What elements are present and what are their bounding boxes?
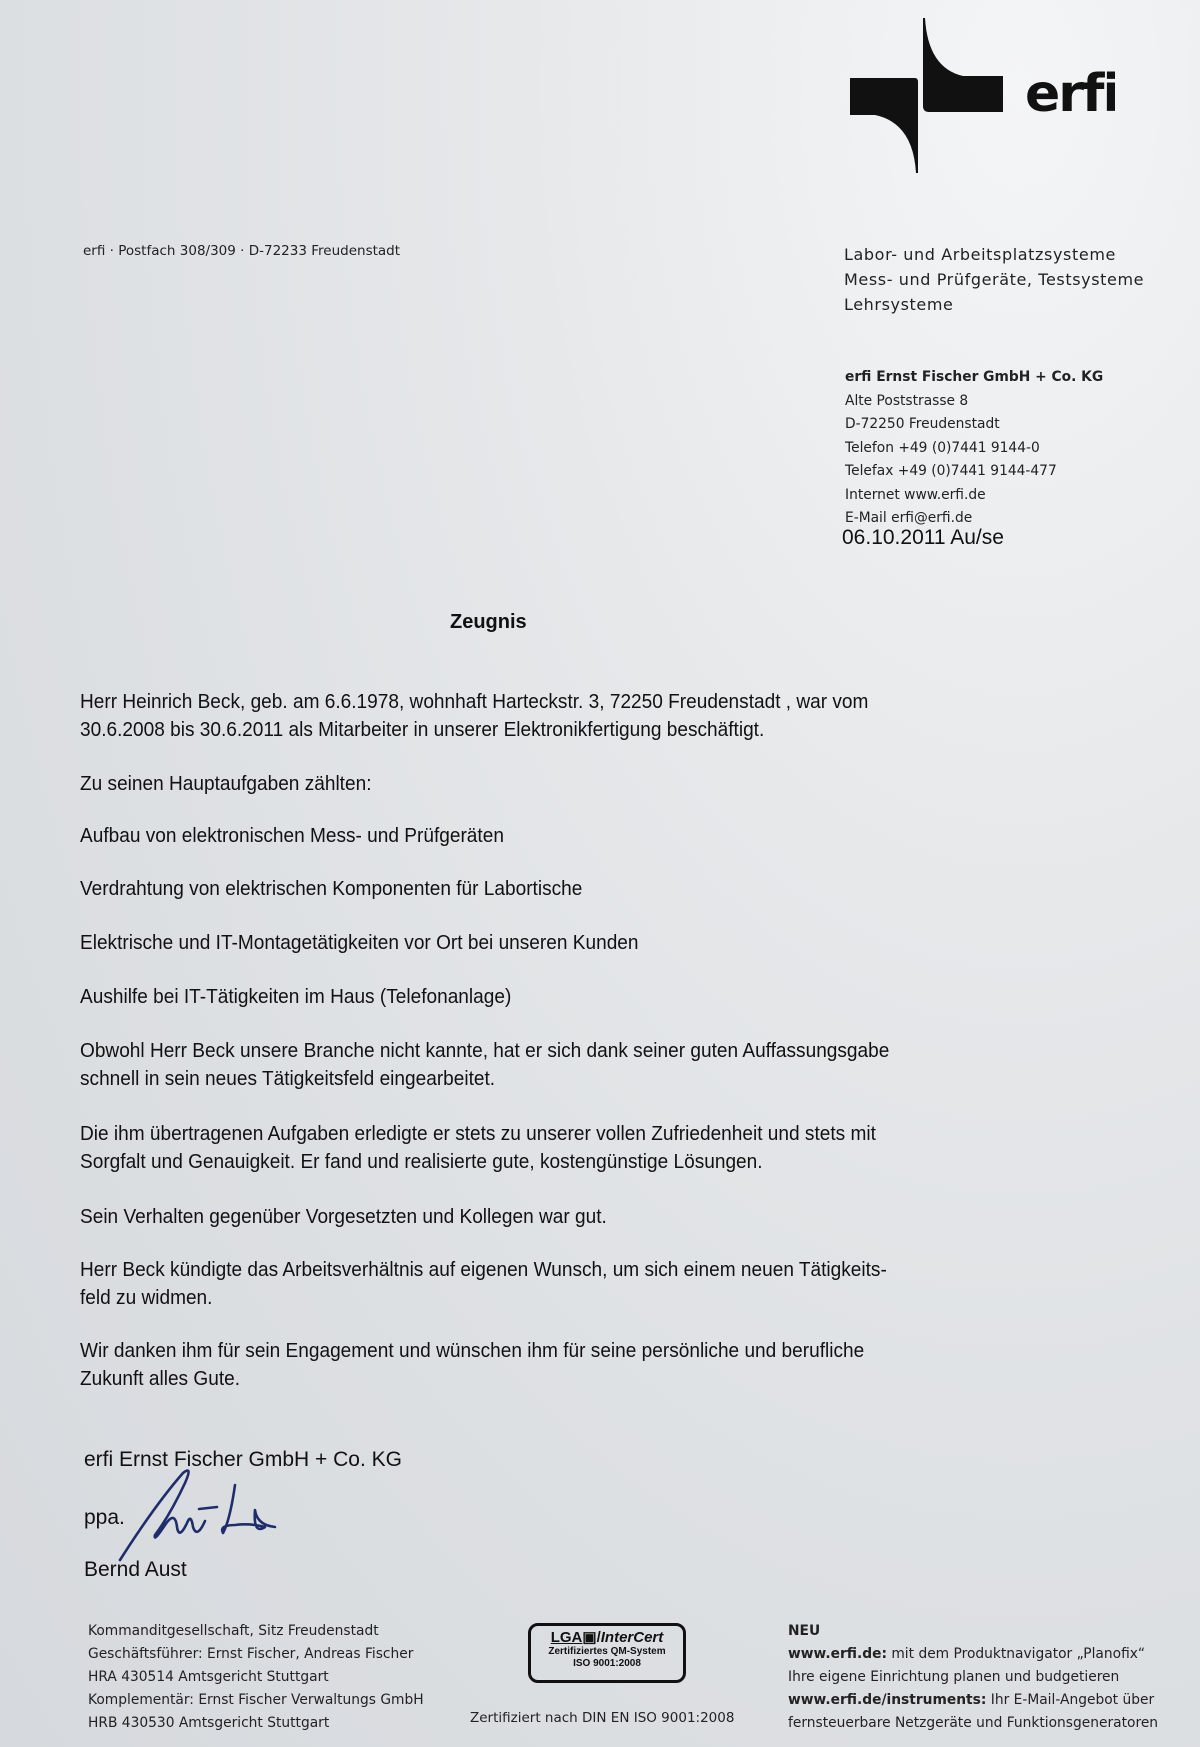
legal-line: Kommanditgesellschaft, Sitz Freudenstadt [88, 1620, 424, 1643]
intercert-label: InterCert [601, 1629, 664, 1646]
news-link-instruments[interactable]: www.erfi.de/instruments: [788, 1692, 986, 1708]
text-line: Obwohl Herr Beck unsere Branche nicht ka… [80, 1037, 1038, 1065]
legal-line: Komplementär: Ernst Fischer Verwaltungs … [88, 1689, 424, 1712]
fax: Telefax +49 (0)7441 9144-477 [845, 460, 1103, 484]
paragraph: Herr Beck kündigte das Arbeitsverhältnis… [80, 1256, 1038, 1312]
text-line: Zukunft alles Gute. [80, 1365, 1038, 1393]
erfi-logo-mark-icon [850, 18, 1003, 173]
intro-paragraph: Herr Heinrich Beck, geb. am 6.6.1978, wo… [80, 688, 1038, 744]
task-item: Verdrahtung von elektrischen Komponenten… [80, 875, 1038, 903]
paragraph: Die ihm übertragenen Aufgaben erledigte … [80, 1120, 1038, 1176]
tagline: Labor- und Arbeitsplatzsysteme [844, 242, 1144, 267]
street: Alte Poststrasse 8 [845, 390, 1103, 414]
city: D-72250 Freudenstadt [845, 413, 1103, 437]
task-item: Elektrische und IT-Montagetätigkeiten vo… [80, 929, 1038, 957]
sender-return-address: erfi · Postfach 308/309 · D-72233 Freude… [83, 243, 400, 259]
news-text: mit dem Produktnavigator „Planofix“ [887, 1646, 1145, 1662]
tasks-heading: Zu seinen Hauptaufgaben zählten: [80, 770, 1038, 798]
text-line: Herr Beck kündigte das Arbeitsverhältnis… [80, 1256, 1038, 1284]
paragraph: Obwohl Herr Beck unsere Branche nicht ka… [80, 1037, 1038, 1093]
erfi-logo: erfi [845, 8, 1115, 173]
company-taglines: Labor- und Arbeitsplatzsysteme Mess- und… [844, 242, 1144, 317]
company-address: erfi Ernst Fischer GmbH + Co. KG Alte Po… [845, 366, 1103, 531]
news-heading: NEU [788, 1623, 820, 1639]
text-line: Die ihm übertragenen Aufgaben erledigte … [80, 1120, 1038, 1148]
tagline: Mess- und Prüfgeräte, Testsysteme [844, 267, 1144, 292]
cert-line: Zertifiziertes QM-System [531, 1646, 683, 1658]
certification-badge: LGA▣/InterCert Zertifiziertes QM-System … [528, 1623, 686, 1683]
company-name: erfi Ernst Fischer GmbH + Co. KG [845, 366, 1103, 390]
news-text: Ihre eigene Einrichtung planen und budge… [788, 1666, 1158, 1689]
news-text: Ihr E-Mail-Angebot über [986, 1692, 1154, 1708]
cert-caption: Zertifiziert nach DIN EN ISO 9001:2008 [470, 1710, 734, 1726]
document-title: Zeugnis [450, 611, 527, 634]
news-text: fernsteuerbare Netzgeräte und Funktionsg… [788, 1712, 1158, 1735]
cert-brand: LGA▣/InterCert [531, 1630, 683, 1646]
paragraph: Sein Verhalten gegenüber Vorgesetzten un… [80, 1203, 1038, 1231]
task-item: Aushilfe bei IT-Tätigkeiten im Haus (Tel… [80, 983, 1038, 1011]
signer-name: Bernd Aust [84, 1558, 187, 1582]
news-link-website[interactable]: www.erfi.de: [788, 1646, 887, 1662]
phone: Telefon +49 (0)7441 9144-0 [845, 437, 1103, 461]
date-reference: 06.10.2011 Au/se [842, 526, 1004, 550]
text-line: Sein Verhalten gegenüber Vorgesetzten un… [80, 1203, 1038, 1231]
website: Internet www.erfi.de [845, 484, 1103, 508]
footer-news: NEU www.erfi.de: mit dem Produktnavigato… [788, 1620, 1158, 1735]
lga-label: LGA [551, 1629, 583, 1646]
tagline: Lehrsysteme [844, 292, 1144, 317]
text-line: Herr Heinrich Beck, geb. am 6.6.1978, wo… [80, 688, 1038, 716]
legal-line: Geschäftsführer: Ernst Fischer, Andreas … [88, 1643, 424, 1666]
task-item: Aufbau von elektronischen Mess- und Prüf… [80, 822, 1038, 850]
legal-line: HRA 430514 Amtsgericht Stuttgart [88, 1666, 424, 1689]
handwritten-signature [115, 1465, 295, 1565]
cert-line: ISO 9001:2008 [531, 1658, 683, 1670]
paragraph: Wir danken ihm für sein Engagement und w… [80, 1337, 1038, 1393]
cert-square-icon: ▣ [582, 1629, 596, 1646]
text-line: feld zu widmen. [80, 1284, 1038, 1312]
legal-line: HRB 430530 Amtsgericht Stuttgart [88, 1712, 424, 1735]
text-line: 30.6.2008 bis 30.6.2011 als Mitarbeiter … [80, 716, 1038, 744]
text-line: Wir danken ihm für sein Engagement und w… [80, 1337, 1038, 1365]
footer-legal: Kommanditgesellschaft, Sitz Freudenstadt… [88, 1620, 424, 1735]
text-line: Sorgfalt und Genauigkeit. Er fand und re… [80, 1148, 1038, 1176]
erfi-logo-text: erfi [1025, 64, 1115, 124]
text-line: schnell in sein neues Tätigkeitsfeld ein… [80, 1065, 1038, 1093]
